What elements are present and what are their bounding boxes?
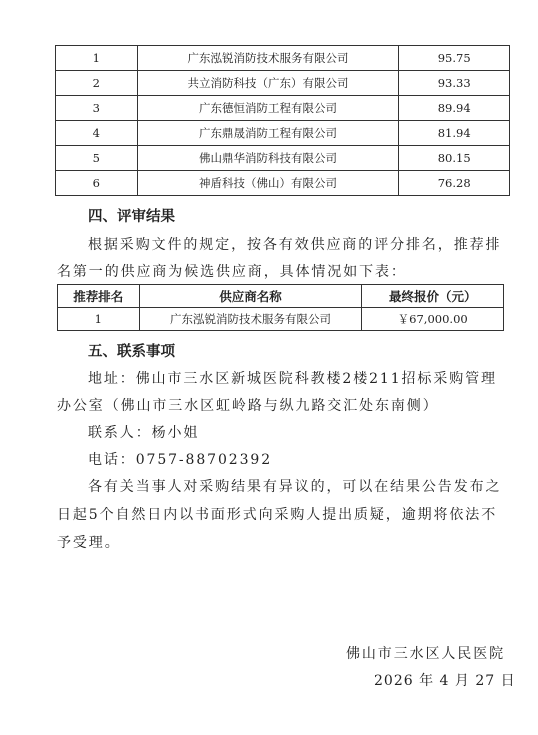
rank-cell: 1	[56, 46, 138, 71]
supplier-name-cell: 广东德恒消防工程有限公司	[137, 96, 399, 121]
rank-cell: 4	[56, 121, 138, 146]
supplier-name-cell: 广东鼎晟消防工程有限公司	[137, 121, 399, 146]
recommended-supplier-table: 推荐排名 供应商名称 最终报价（元） 1 广东泓锐消防技术服务有限公司 ￥67,…	[57, 284, 504, 331]
score-cell: 80.15	[399, 146, 510, 171]
score-cell: 95.75	[399, 46, 510, 71]
score-cell: 81.94	[399, 121, 510, 146]
section4-heading: 四、评审结果	[88, 205, 175, 226]
rank-cell: 2	[56, 71, 138, 96]
price-cell: ￥67,000.00	[362, 308, 504, 331]
rank-cell: 5	[56, 146, 138, 171]
supplier-name-cell: 共立消防科技（广东）有限公司	[137, 71, 399, 96]
score-ranking-table: 1 广东泓锐消防技术服务有限公司 95.75 2 共立消防科技（广东）有限公司 …	[55, 45, 510, 196]
header-rank: 推荐排名	[58, 285, 140, 308]
score-cell: 89.94	[399, 96, 510, 121]
table-row: 4 广东鼎晟消防工程有限公司 81.94	[56, 121, 510, 146]
phone-number: 电话：0757-88702392	[88, 449, 272, 469]
supplier-name-cell: 神盾科技（佛山）有限公司	[137, 171, 399, 196]
table-row: 3 广东德恒消防工程有限公司 89.94	[56, 96, 510, 121]
table-row: 1 广东泓锐消防技术服务有限公司 ￥67,000.00	[58, 308, 504, 331]
notice-line3: 予受理。	[57, 532, 121, 552]
section4-paragraph-line1: 根据采购文件的规定，按各有效供应商的评分排名，推荐排	[88, 234, 501, 254]
contact-person: 联系人：杨小姐	[88, 422, 199, 442]
rank-cell: 1	[58, 308, 140, 331]
supplier-name-cell: 佛山鼎华消防科技有限公司	[137, 146, 399, 171]
table-row: 2 共立消防科技（广东）有限公司 93.33	[56, 71, 510, 96]
table-row: 1 广东泓锐消防技术服务有限公司 95.75	[56, 46, 510, 71]
supplier-name-cell: 广东泓锐消防技术服务有限公司	[137, 46, 399, 71]
supplier-name-cell: 广东泓锐消防技术服务有限公司	[139, 308, 362, 331]
rank-cell: 3	[56, 96, 138, 121]
address-line1: 地址：佛山市三水区新城医院科教楼2楼211招标采购管理	[88, 368, 497, 388]
header-supplier-name: 供应商名称	[139, 285, 362, 308]
signature-date: 2026 年 4 月 27 日	[374, 670, 516, 690]
address-line2: 办公室（佛山市三水区虹岭路与纵九路交汇处东南侧）	[57, 395, 439, 415]
section5-heading: 五、联系事项	[88, 340, 175, 361]
table-row: 5 佛山鼎华消防科技有限公司 80.15	[56, 146, 510, 171]
notice-line1: 各有关当事人对采购结果有异议的，可以在结果公告发布之	[88, 476, 501, 496]
notice-line2: 日起5个自然日内以书面形式向采购人提出质疑，逾期将依法不	[57, 504, 497, 524]
table-row: 6 神盾科技（佛山）有限公司 76.28	[56, 171, 510, 196]
rank-cell: 6	[56, 171, 138, 196]
header-final-price: 最终报价（元）	[362, 285, 504, 308]
signature-organization: 佛山市三水区人民医院	[346, 643, 505, 663]
score-cell: 93.33	[399, 71, 510, 96]
score-cell: 76.28	[399, 171, 510, 196]
table-header-row: 推荐排名 供应商名称 最终报价（元）	[58, 285, 504, 308]
section4-paragraph-line2: 名第一的供应商为候选供应商，具体情况如下表：	[57, 261, 407, 281]
